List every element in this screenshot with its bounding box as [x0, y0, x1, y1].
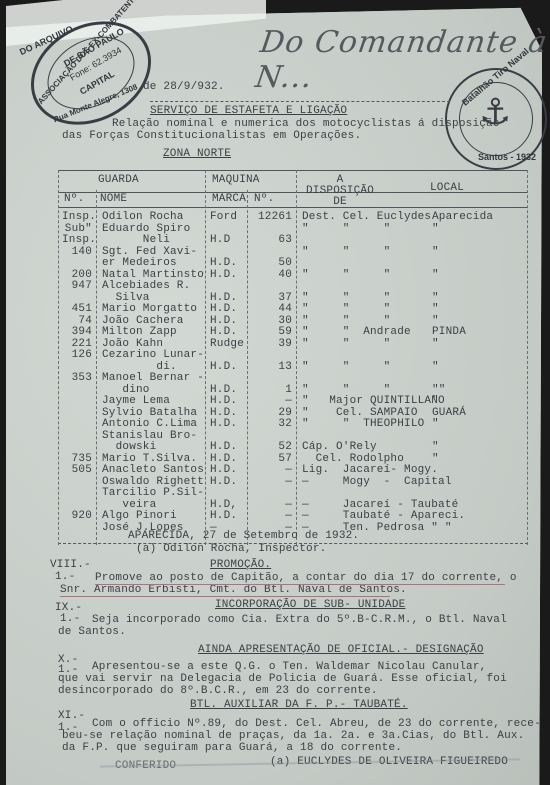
row-location: " [432, 224, 439, 235]
section-text: que vai servir na Delegacia de Policia d… [58, 674, 507, 685]
row-name: Algo Pinori [102, 511, 177, 522]
row-name: er Medeiros [102, 258, 177, 269]
row-assignment: Cáp. O'Rely [302, 442, 377, 453]
section-title: BTL. AUXILIAR DA F. P.- TAUBATÉ. [190, 700, 408, 711]
row-assignment: " " " [302, 224, 390, 235]
row-machine-number: 30 [250, 316, 292, 327]
zone-title: ZONA NORTE [163, 149, 231, 160]
row-machine-number: — [250, 465, 292, 476]
row-brand: H.D. [210, 454, 237, 465]
row-machine-number: 40 [250, 270, 292, 281]
header-nome: NOME [100, 194, 127, 205]
row-name: Tarcilio P.Sil- [102, 488, 204, 499]
row-location: " [432, 316, 439, 327]
row-number: 126 [62, 350, 92, 361]
row-number: 394 [62, 327, 92, 338]
row-number: 74 [62, 316, 92, 327]
header-marca: MARCA [212, 194, 246, 205]
row-assignment: " " " [302, 316, 390, 327]
row-machine-number: — [250, 477, 292, 488]
section-title: AINDA APRESENTAÇÃO DE OFICIAL.- DESIGNAÇ… [198, 645, 484, 656]
row-brand: H.D. [210, 465, 237, 476]
section-text: Apresentou-se a este Q.G. o Ten. Waldema… [92, 662, 486, 673]
row-brand: H.D. [210, 442, 237, 453]
section-text: de Santos. [58, 627, 126, 638]
row-name: veira [102, 500, 156, 511]
stamp-line: Santos - 1932 [478, 152, 536, 162]
row-machine-number: — [250, 511, 292, 522]
section-text: Snr. Armando Erbisti, Cmt. do Btl. Naval… [60, 585, 407, 596]
row-name: João Kahn [102, 339, 163, 350]
row-location: " [432, 454, 439, 465]
date-line: de 28/9/932. [143, 82, 225, 93]
row-brand: H.D. [210, 362, 237, 373]
row-machine-number: 50 [250, 258, 292, 269]
row-brand: H.D. [210, 327, 237, 338]
row-number: 140 [62, 247, 92, 258]
row-location: " [432, 247, 439, 258]
row-name: Anacleto Santos [102, 465, 204, 476]
row-name: Manoel Bernar - [102, 373, 204, 384]
place-date: APARECIDA, 27 de Setembro de 1932. [128, 531, 359, 542]
row-number: 353 [62, 373, 92, 384]
row-assignment: " " THEOPHILO [302, 419, 424, 430]
row-number: Insp. [62, 212, 92, 223]
row-assignment: " " " [302, 247, 390, 258]
row-name: dino [102, 385, 150, 396]
header-local: LOCAL [430, 183, 464, 194]
row-number: 920 [62, 511, 92, 522]
row-machine-number: 63 [250, 235, 292, 246]
row-location: " [432, 396, 439, 407]
row-name: Jayme Lema [102, 396, 170, 407]
row-machine-number: 52 [250, 442, 292, 453]
row-assignment: " " " [302, 385, 390, 396]
row-name: Alcebiades R. [102, 281, 190, 292]
row-brand: Rudge [210, 339, 244, 350]
header-disposicao: A DISPOSIÇÃO DE [300, 175, 380, 208]
row-machine-number: 59 [250, 327, 292, 338]
row-number: 947 [62, 281, 92, 292]
row-machine-number: 12261 [250, 212, 292, 223]
section-text: Com o officio Nº.89, do Dest. Cel. Abreu… [92, 719, 541, 730]
row-brand: H.D. [210, 270, 237, 281]
item-number: 1.- [55, 572, 75, 583]
row-name: Natal Martinsto [102, 270, 204, 281]
row-machine-number: 1 [250, 385, 292, 396]
row-number: 735 [62, 454, 92, 465]
row-name: Mario T.Silva. [102, 454, 197, 465]
row-location: "" [432, 385, 446, 396]
inspector-signature: (a) Odilon Rocha, Inspector. [136, 544, 326, 555]
row-brand: H.D. [210, 477, 237, 488]
row-machine-number: 44 [250, 304, 292, 315]
row-assignment: " " Andrade [302, 327, 411, 338]
row-brand: H.D. [210, 408, 237, 419]
section-text: beu-se relação nominal de praças, da 1a.… [62, 731, 524, 742]
row-location: " [432, 304, 439, 315]
row-machine-number: 32 [250, 419, 292, 430]
row-assignment: " " " [302, 293, 390, 304]
row-brand: H.D. [210, 511, 237, 522]
row-brand: H.D, [210, 500, 237, 511]
row-number: 451 [62, 304, 92, 315]
row-location: " [432, 293, 439, 304]
row-machine-number: 37 [250, 293, 292, 304]
row-name: Neli [102, 235, 170, 246]
header-guarda: GUARDA [98, 175, 139, 186]
row-location: " [432, 339, 439, 350]
row-number: Insp. [62, 235, 92, 246]
row-machine-number: 39 [250, 339, 292, 350]
row-assignment: " " " [302, 304, 390, 315]
row-name: Antonio C.Lima [102, 419, 197, 430]
row-brand: H.D. [210, 258, 237, 269]
row-name: Milton Zapp [102, 327, 177, 338]
row-assignment: " " " [302, 339, 390, 350]
row-name: Cezarino Lunar- [102, 350, 204, 361]
row-brand: H.D. [210, 293, 237, 304]
row-number: 200 [62, 270, 92, 281]
row-machine-number: — [250, 396, 292, 407]
section-text: desincorporado do 8º.B.C.R., em 23 do co… [58, 686, 378, 697]
row-name: di. [102, 362, 177, 373]
row-machine-number: 57 [250, 454, 292, 465]
intro-line: Relação nominal e numerica dos motocycli… [112, 119, 500, 130]
row-name: Sgt. Fed Xavi- [102, 247, 197, 258]
row-name: Sylvio Batalha [102, 408, 197, 419]
row-brand: H.D. [210, 396, 237, 407]
row-name: Silva [102, 293, 150, 304]
row-brand: Ford [210, 212, 237, 223]
row-machine-number: 29 [250, 408, 292, 419]
section-title: INCORPORAÇÃO DE SUB- UNIDADE [215, 600, 405, 611]
row-name: Mario Morgatto [102, 304, 197, 315]
row-name: Eduardo Spiro [102, 224, 190, 235]
header-no: Nº. [64, 194, 84, 205]
row-location: " [432, 442, 439, 453]
row-number: 221 [62, 339, 92, 350]
header-nr: Nº. [254, 194, 274, 205]
row-assignment: Lig. Jacareí- Mogy. [302, 465, 438, 476]
intro-line: das Forças Constitucionalistas em Operaç… [62, 131, 361, 142]
row-name: João Cachera [102, 316, 184, 327]
row-location: " [432, 362, 439, 373]
row-machine-number: — [250, 500, 292, 511]
section-number: XI.- [58, 711, 85, 722]
row-assignment: Cel. Rodolpho [302, 454, 404, 465]
row-name: Odilon Rocha [102, 212, 184, 223]
row-assignment: — Jacareí - Taubaté [302, 500, 458, 511]
document-title: SERVIÇO DE ESTAFETA E LIGAÇÃO [150, 106, 347, 117]
row-brand: H.D. [210, 316, 237, 327]
row-assignment: Dest. Cel. Euclydes [302, 212, 431, 223]
row-assignment: — Mogy - Capital [302, 477, 452, 488]
row-name: dowski [102, 442, 156, 453]
row-number: Sub" [62, 224, 92, 235]
row-assignment: — Taubaté - Apareci. [302, 511, 465, 522]
row-machine-number: 13 [250, 362, 292, 373]
row-location: PINDA [432, 327, 466, 338]
section-text: Promove ao posto de Capitão, a contar do… [95, 573, 517, 584]
header-maquina: MAQUINA [212, 175, 260, 186]
row-assignment: " " " [302, 362, 390, 373]
row-number: 505 [62, 465, 92, 476]
row-brand: H.D. [210, 304, 237, 315]
row-location: Aparecida [432, 212, 493, 223]
row-name: Stanislau Bro- [102, 431, 197, 442]
row-location: " [432, 419, 439, 430]
row-assignment: " Cel. SAMPAIO [302, 408, 418, 419]
section-number: VIII.- [50, 560, 91, 571]
row-brand: H.D [210, 235, 230, 246]
section-title: PROMOÇÃO. [210, 560, 271, 571]
section-text: da F.P. que seguiram para Guará, a 18 do… [62, 743, 402, 754]
row-assignment: " " " [302, 270, 390, 281]
row-location: GUARÁ [432, 408, 466, 419]
section-text: Seja incorporado como Cia. Extra do 5º.B… [92, 615, 507, 626]
row-brand: H.D. [210, 385, 237, 396]
row-name: Oswaldo Righett [102, 477, 204, 488]
item-number: 1.- [60, 614, 80, 625]
row-location: " [432, 270, 439, 281]
row-brand: H.D. [210, 419, 237, 430]
row-assignment: " Major QUINTILLANO [302, 396, 445, 407]
